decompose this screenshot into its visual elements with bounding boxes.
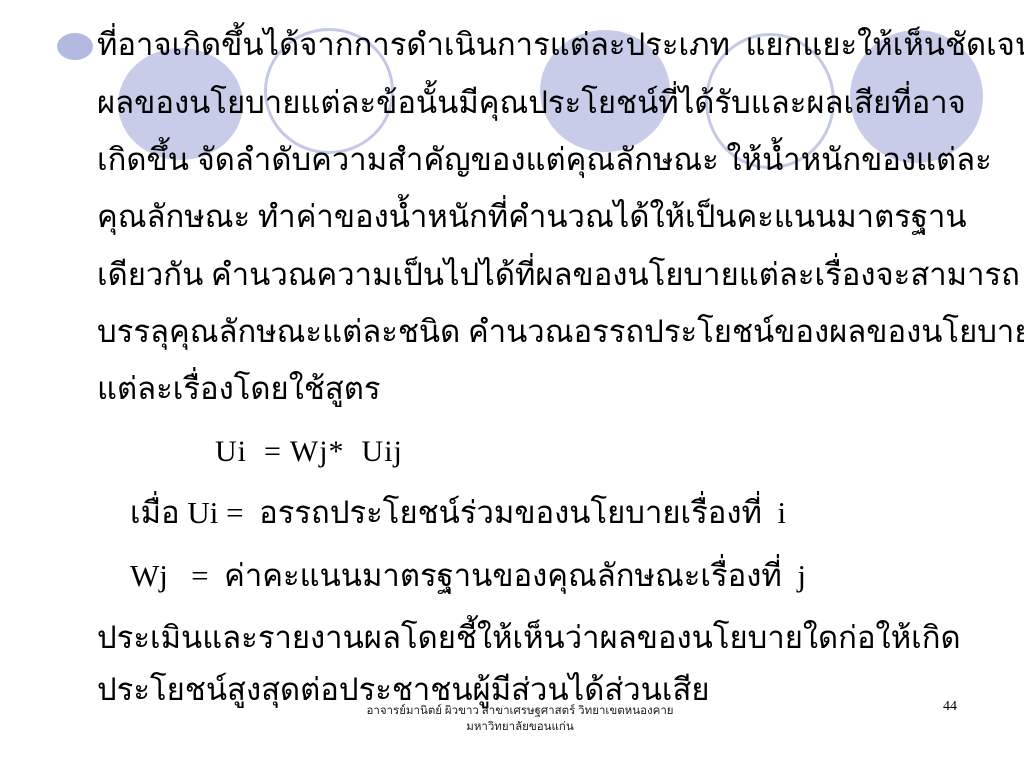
definition-wj: Wj = ค่าคะแนนมาตรฐานของคุณลักษณะเรื่องที… bbox=[130, 557, 806, 595]
paragraph-line: ผลของนโยบายแต่ละข้อนั้นมีคุณประโยชน์ที่ไ… bbox=[97, 84, 966, 122]
page-number: 44 bbox=[930, 699, 970, 715]
paragraph-line: แต่ละเรื่องโดยใช้สูตร bbox=[97, 370, 381, 408]
footer-line-university: มหาวิทยาลัยขอนแก่น bbox=[20, 719, 1020, 735]
bullet-marker bbox=[57, 33, 93, 60]
utility-formula: Ui = Wj* Uij bbox=[215, 433, 403, 471]
footer-line-author: อาจารย์มานิตย์ ผิวขาว สาขาเศรษฐศาสตร์ วิ… bbox=[20, 703, 1020, 719]
presentation-slide: ที่อาจเกิดขึ้นได้จากการดำเนินการแต่ละประ… bbox=[0, 0, 1024, 768]
paragraph-line: ที่อาจเกิดขึ้นได้จากการดำเนินการแต่ละประ… bbox=[97, 26, 1024, 64]
footer-credit: อาจารย์มานิตย์ ผิวขาว สาขาเศรษฐศาสตร์ วิ… bbox=[20, 703, 1020, 735]
paragraph-line: เดียวกัน คำนวณความเป็นไปได้ที่ผลของนโยบา… bbox=[97, 256, 1020, 294]
paragraph-line: คุณลักษณะ ทำค่าของน้ำหนักที่คำนวณได้ให้เ… bbox=[97, 198, 967, 236]
paragraph-line: เกิดขึ้น จัดลำดับความสำคัญของแต่คุณลักษณ… bbox=[97, 141, 992, 179]
closing-line: ประเมินและรายงานผลโดยชี้ให้เห็นว่าผลของน… bbox=[97, 619, 961, 657]
paragraph-line: บรรลุคุณลักษณะแต่ละชนิด คำนวณอรรถประโยชน… bbox=[97, 313, 1024, 351]
definition-ui: เมื่อ Ui = อรรถประโยชน์ร่วมของนโยบายเรื่… bbox=[130, 494, 786, 532]
